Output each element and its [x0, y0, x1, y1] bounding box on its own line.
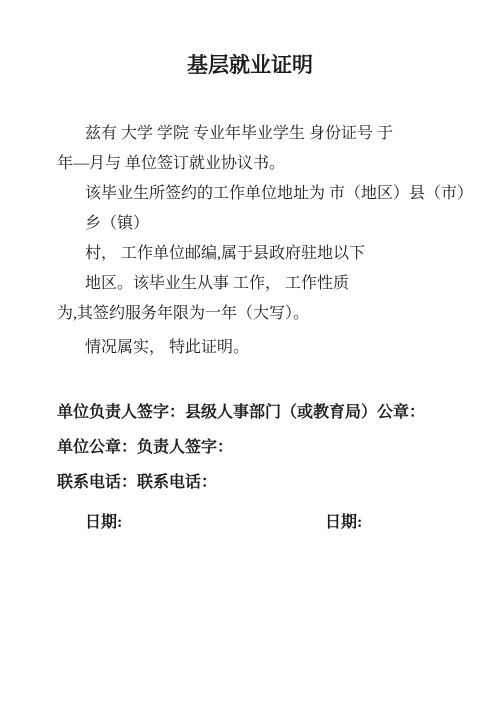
- signature-line-unit-seal: 单位公章：负责人签字：: [0, 430, 500, 465]
- document-page: 基层就业证明 兹有 大学 学院 专业年毕业学生 身份证号 于 年—月与 单位签订…: [0, 0, 500, 707]
- signature-section: 单位负责人签字：县级人事部门（或教育局）公章： 单位公章：负责人签字： 联系电话…: [0, 395, 500, 500]
- date-label-left: 日期:: [85, 505, 122, 540]
- date-row: 日期: 日期:: [0, 505, 500, 540]
- body-line-3: 该毕业生所签约的工作单位地址为 市（地区）县（市）: [0, 179, 500, 209]
- signature-line-responsible-person: 单位负责人签字：县级人事部门（或教育局）公章：: [0, 395, 500, 430]
- body-line-1: 兹有 大学 学院 专业年毕业学生 身份证号 于: [0, 119, 500, 149]
- body-line-6: 地区。该毕业生从事 工作， 工作性质: [0, 269, 500, 299]
- signature-line-contact-phone: 联系电话：联系电话：: [0, 465, 500, 500]
- body-line-2: 年—月与 单位签订就业协议书。: [0, 149, 500, 179]
- document-body: 兹有 大学 学院 专业年毕业学生 身份证号 于 年—月与 单位签订就业协议书。 …: [0, 119, 500, 363]
- body-line-4: 乡（镇）: [0, 209, 500, 239]
- document-title: 基层就业证明: [0, 52, 500, 78]
- body-line-5: 村， 工作单位邮编,属于县政府驻地以下: [0, 239, 500, 269]
- body-line-7: 为,其签约服务年限为一年（大写）。: [0, 299, 500, 329]
- closing-statement: 情况属实， 特此证明。: [0, 333, 500, 363]
- date-label-right: 日期:: [325, 505, 362, 540]
